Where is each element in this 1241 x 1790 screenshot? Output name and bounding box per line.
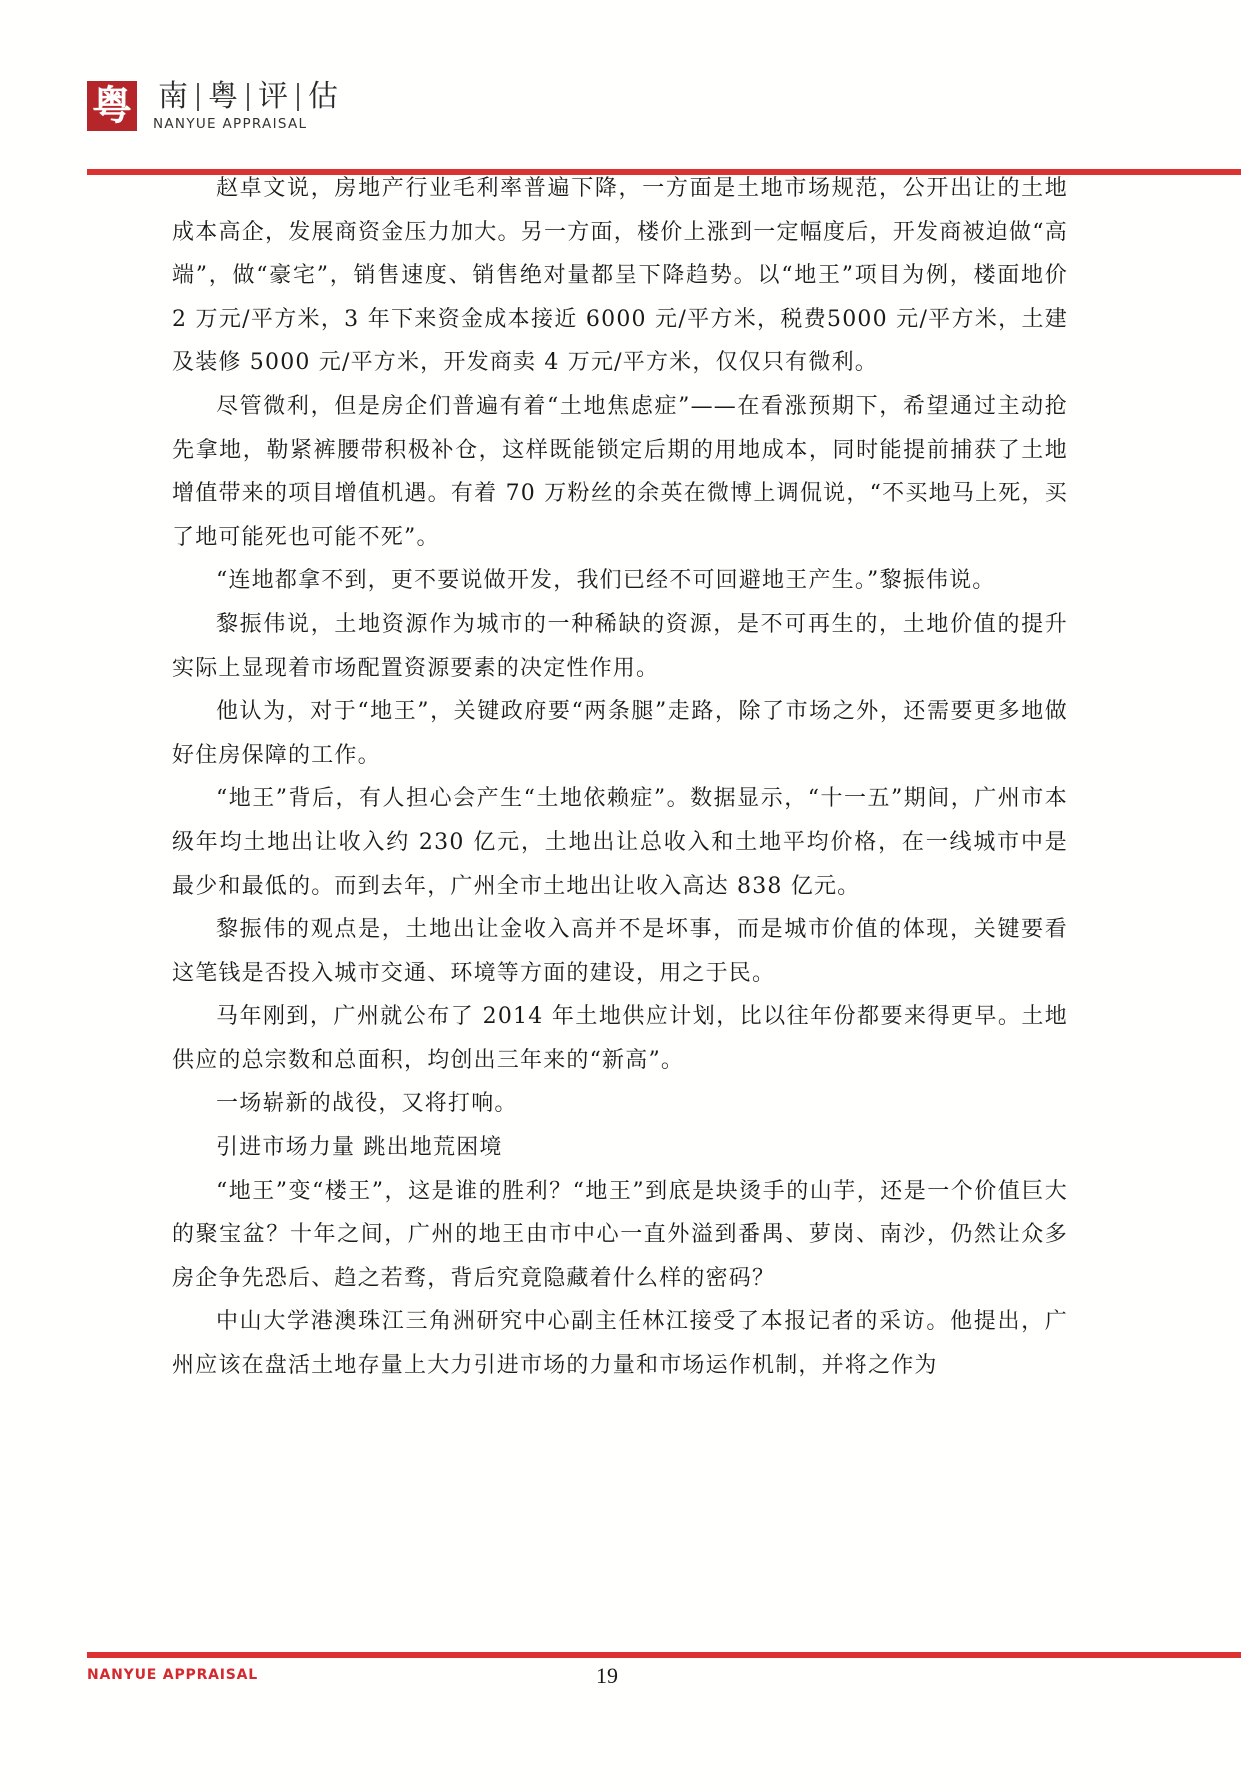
logo-char: 南 <box>153 80 193 114</box>
logo-english-name: NANYUE APPRAISAL <box>153 116 343 132</box>
paragraph: 马年刚到，广州就公布了 2014 年土地供应计划，比以往年份都要来得更早。土地供… <box>172 995 1068 1082</box>
logo-text: 南 粤 评 估 NANYUE APPRAISAL <box>153 80 343 132</box>
paragraph: 黎振伟说，土地资源作为城市的一种稀缺的资源，是不可再生的，土地价值的提升实际上显… <box>172 603 1068 690</box>
logo-separator <box>197 83 199 111</box>
logo-separator <box>297 83 299 111</box>
paragraph: 一场崭新的战役，又将打响。 <box>172 1082 1068 1126</box>
document-body: 赵卓文说，房地产行业毛利率普遍下降，一方面是土地市场规范，公开出让的土地成本高企… <box>172 167 1068 1388</box>
paragraph: 黎振伟的观点是，土地出让金收入高并不是坏事，而是城市价值的体现，关键要看这笔钱是… <box>172 908 1068 995</box>
footer-divider <box>87 1652 1241 1658</box>
logo-char: 估 <box>303 80 343 114</box>
logo-mark-icon: 粤 <box>87 81 137 131</box>
footer-brand: NANYUE APPRAISAL <box>87 1667 258 1683</box>
paragraph: 赵卓文说，房地产行业毛利率普遍下降，一方面是土地市场规范，公开出让的土地成本高企… <box>172 167 1068 385</box>
paragraph: 他认为，对于“地王”，关键政府要“两条腿”走路，除了市场之外，还需要更多地做好住… <box>172 690 1068 777</box>
paragraph: 中山大学港澳珠江三角洲研究中心副主任林江接受了本报记者的采访。他提出，广州应该在… <box>172 1300 1068 1387</box>
paragraph: “地王”背后，有人担心会产生“土地依赖症”。数据显示，“十一五”期间，广州市本级… <box>172 777 1068 908</box>
paragraph: 尽管微利，但是房企们普遍有着“土地焦虑症”——在看涨预期下，希望通过主动抢先拿地… <box>172 385 1068 559</box>
logo-separator <box>247 83 249 111</box>
page-number: 19 <box>596 1663 618 1689</box>
paragraph: “地王”变“楼王”，这是谁的胜利？“地王”到底是块烫手的山芋，还是一个价值巨大的… <box>172 1170 1068 1301</box>
paragraph: “连地都拿不到，更不要说做开发，我们已经不可回避地王产生。”黎振伟说。 <box>172 559 1068 603</box>
logo-chinese-name: 南 粤 评 估 <box>153 80 343 114</box>
section-heading: 引进市场力量 跳出地荒困境 <box>172 1126 1068 1170</box>
company-logo: 粤 南 粤 评 估 NANYUE APPRAISAL <box>87 80 343 132</box>
logo-char: 评 <box>253 80 293 114</box>
logo-char: 粤 <box>203 80 243 114</box>
